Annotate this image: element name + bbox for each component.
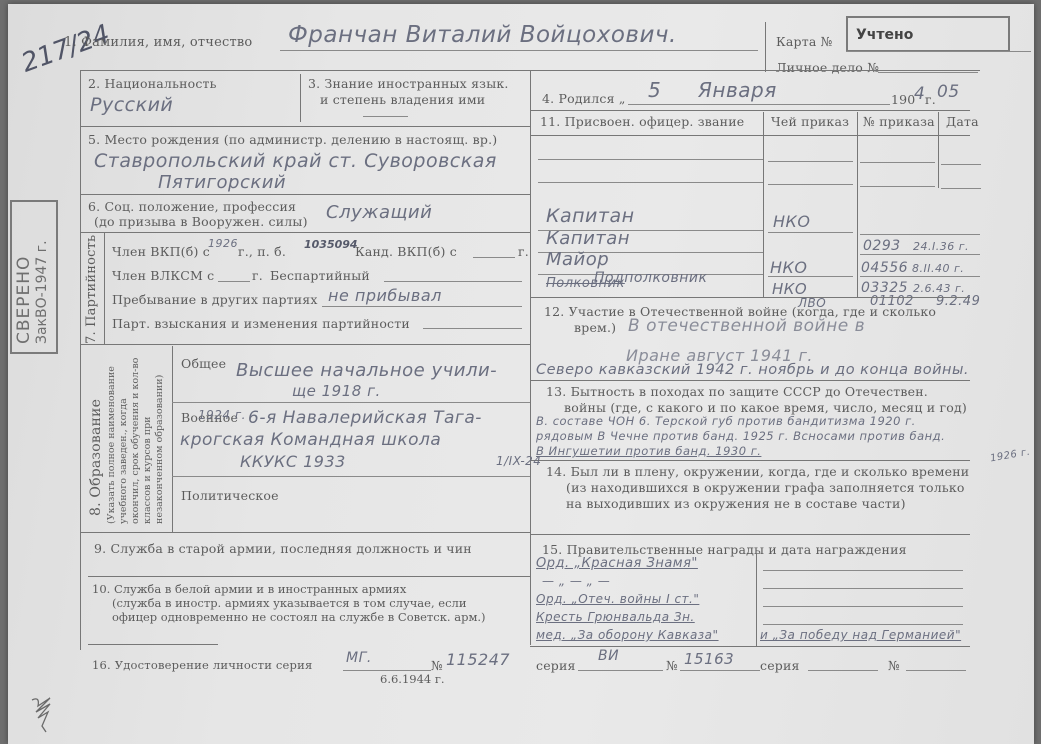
field-1-label: 1. Фамилия, имя, отчество [64, 35, 252, 50]
order-date-cell: 8.II.40 г. [912, 262, 964, 275]
languages-label-2: и степень владения ими [320, 92, 485, 107]
rank-cell: Майор [546, 249, 609, 270]
vkp-card-number: 1035094 [304, 238, 358, 251]
award-item: Орд. „Красная Знамя" [536, 556, 698, 571]
party-section-label: 7. Партийность [84, 235, 99, 344]
education-general-label: Общее [181, 356, 226, 371]
birth-year-prefix: 190 [891, 92, 915, 107]
nonparty-label: Беспартийный [270, 268, 370, 283]
birth-day: 5 [648, 78, 661, 102]
birthplace-line-1: Ставропольский край ст. Суворовская [94, 150, 497, 172]
birth-year-correction: 05 [937, 82, 960, 102]
white-army-label-1: 10. Служба в белой армии и в иностранных… [92, 582, 406, 596]
awards-label: 15. Правительственные награды и дата наг… [542, 542, 907, 557]
id-no-label-2: № [666, 658, 678, 673]
card-number-label: Карта № [776, 34, 833, 49]
other-parties-label: Пребывание в других партиях [112, 292, 318, 307]
vlksm-suffix: г. [252, 268, 263, 283]
social-label-2: (до призыва в Вооружен. силы) [94, 214, 308, 229]
order-date-cell: 24.I.36 г. [913, 240, 969, 253]
education-section-label: 8. Образование [88, 399, 104, 516]
award-item: мед. „За оборону Кавказа" [536, 628, 719, 642]
birth-label: 4. Родился „ [542, 91, 626, 106]
white-army-label-3: офицер одновременно не состоял на службе… [112, 610, 486, 624]
education-general-line-1: Высшее начальное учили- [236, 360, 497, 381]
registered-stamp-text: Учтено [856, 27, 913, 43]
ranks-header-date: Дата [946, 114, 979, 129]
party-penalties-label: Парт. взыскания и изменения партийности [112, 316, 410, 331]
rank-cell: Подполковник [594, 270, 707, 286]
order-no-cell: 04556 [861, 260, 908, 276]
full-name-value: Франчан Виталий Войцохович. [288, 22, 677, 48]
rank-cell: Капитан [546, 205, 635, 227]
birth-month: Января [698, 78, 777, 102]
id-series-label-2: серия [536, 658, 576, 673]
campaigns-line-3: В Ингушетии против банд. 1930 г. [536, 444, 761, 458]
id-number-2: 15163 [684, 650, 734, 668]
nationality-label: 2. Национальность [88, 76, 217, 91]
campaigns-line-1: В. составе ЧОН 6. Терской губ против бан… [536, 414, 916, 428]
other-parties-value: не прибывал [328, 286, 442, 305]
signature-scribble [28, 694, 58, 734]
award-item-right: и „За победу над Германией" [760, 628, 961, 642]
campaigns-label-2: войны (где, с какого и по какое время, ч… [564, 400, 967, 415]
education-military-line-2: крогская Командная школа [180, 430, 441, 450]
personnel-card: 217/24 СВЕРЕНО ЗакВО-1947 г. 1. Фамилия,… [8, 4, 1034, 744]
order-by-cell: НКО [773, 212, 810, 231]
education-political-label: Политическое [181, 488, 279, 503]
award-item: — „ — „ — [542, 574, 610, 588]
id-date-1: 6.6.1944 г. [380, 672, 445, 686]
id-series-2: ВИ [598, 648, 619, 664]
order-by-cell: НКО [770, 258, 807, 277]
id-number-1: 115247 [446, 650, 510, 669]
captivity-label-3: на выходивших из окружения не в составе … [566, 496, 906, 511]
id-no-label-1: № [431, 658, 443, 673]
verified-stamp-text: СВЕРЕНО ЗакВО-1947 г. [14, 194, 50, 344]
id-series-label-3: серия [760, 658, 800, 673]
personal-file-label: Личное дело № [776, 60, 879, 75]
order-no-cell: 0293 [863, 238, 901, 254]
war-label-2: врем.) [574, 320, 616, 335]
ranks-header-by: Чей приказ [771, 114, 849, 129]
id-no-label-3: № [888, 658, 900, 673]
education-military-line-3: ККУКС 1933 [240, 452, 346, 471]
rank-cell: Капитан [546, 228, 630, 249]
languages-label-1: 3. Знание иностранных язык. [308, 76, 509, 91]
ranks-header-rank: 11. Присвоен. офицер. звание [540, 114, 744, 129]
captivity-label-2: (из находившихся в окружении графа запол… [566, 480, 965, 495]
award-item: Кресть Грюнвальда Зн. [536, 610, 695, 624]
campaigns-side-note: 1926 г. [989, 447, 1031, 465]
education-military-line-1: 6-я Навалерийская Тага- [248, 408, 482, 428]
campaigns-label-1: 13. Бытность в походах по защите СССР до… [546, 384, 928, 399]
award-item: Орд. „Отеч. войны I ст." [536, 592, 699, 606]
social-value: Служащий [326, 202, 432, 223]
id-doc-label: 16. Удостоверение личности серия [92, 658, 312, 672]
birth-year-suffix: г. [925, 92, 936, 107]
captivity-label-1: 14. Был ли в плену, окружении, когда, гд… [546, 464, 969, 479]
id-series-1: МГ. [346, 650, 372, 666]
candidate-label: Канд. ВКП(б) с [355, 244, 457, 259]
candidate-suffix: г. [518, 244, 529, 259]
old-army-label: 9. Служба в старой армии, последняя долж… [94, 541, 472, 556]
vkp-label: Член ВКП(б) с [112, 244, 210, 259]
war-line-1: В отечественной войне в [628, 316, 865, 336]
education-military-note: 1/IX-24 [496, 454, 541, 468]
education-general-line-2: ще 1918 г. [292, 382, 381, 400]
ranks-header-no: № приказа [863, 114, 935, 129]
vlksm-label: Член ВЛКСМ с [112, 268, 214, 283]
nationality-value: Русский [90, 94, 173, 116]
war-line-3: Северо кавказский 1942 г. ноябрь и до ко… [536, 362, 969, 378]
social-label-1: 6. Соц. положение, профессия [88, 199, 296, 214]
vkp-year: 1926 [208, 237, 238, 250]
birth-year-digit: 4 [914, 84, 925, 104]
vkp-card-label: г., п. б. [238, 244, 286, 259]
white-army-label-2: (служба в иностр. армиях указывается в т… [112, 596, 467, 610]
birthplace-label: 5. Место рождения (по администр. делению… [88, 132, 497, 147]
education-section-hint: (Указать полное наименование учебного за… [106, 354, 166, 524]
campaigns-line-2: рядовым В Чечне против банд. 1925 г. Всн… [536, 429, 945, 443]
birthplace-line-2: Пятигорский [158, 172, 286, 193]
education-military-year: 1924 г. [198, 408, 246, 422]
